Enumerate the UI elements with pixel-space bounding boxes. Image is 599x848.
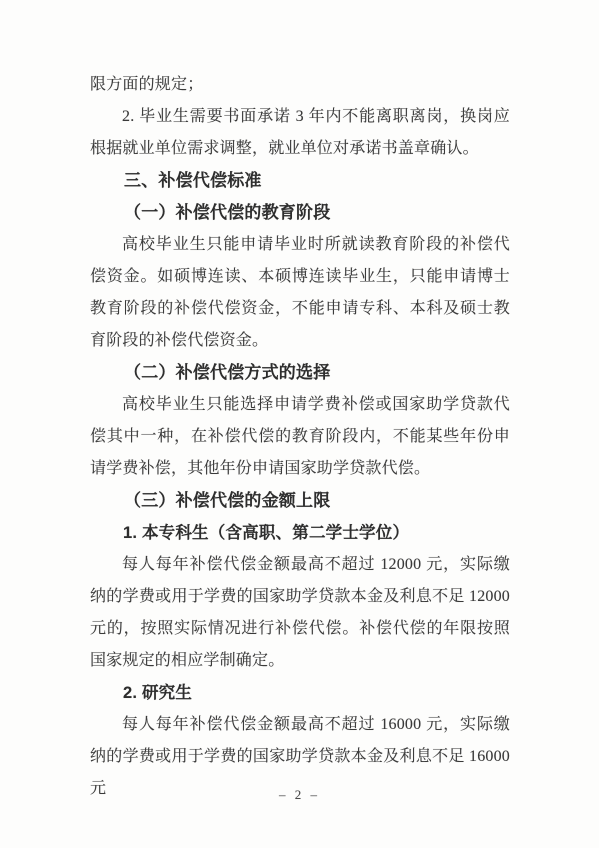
subsection-heading: （二）补偿代偿方式的选择 [90,357,510,389]
document-body: 限方面的规定； 2. 毕业生需要书面承诺 3 年内不能离职离岗，换岗应根据就业单… [90,69,510,805]
paragraph: 每人每年补偿代偿金额最高不超过 12000 元，实际缴纳的学费或用于学费的国家助… [90,549,510,677]
paragraph: 高校毕业生只能选择申请学费补偿或国家助学贷款代偿其中一种，在补偿代偿的教育阶段内… [90,389,510,485]
paragraph: 2. 毕业生需要书面承诺 3 年内不能离职离岗，换岗应根据就业单位需求调整，就业… [90,101,510,165]
document-page: 限方面的规定； 2. 毕业生需要书面承诺 3 年内不能离职离岗，换岗应根据就业单… [0,0,599,848]
item-heading: 2. 研究生 [90,677,510,709]
section-heading: 三、补偿代偿标准 [90,165,510,197]
paragraph: 高校毕业生只能申请毕业时所就读教育阶段的补偿代偿资金。如硕博连读、本硕博连读毕业… [90,229,510,357]
page-number: – 2 – [0,783,599,807]
paragraph-continuation: 限方面的规定； [90,69,510,101]
item-heading: 1. 本专科生（含高职、第二学士学位） [90,517,510,549]
subsection-heading: （一）补偿代偿的教育阶段 [90,197,510,229]
subsection-heading: （三）补偿代偿的金额上限 [90,485,510,517]
